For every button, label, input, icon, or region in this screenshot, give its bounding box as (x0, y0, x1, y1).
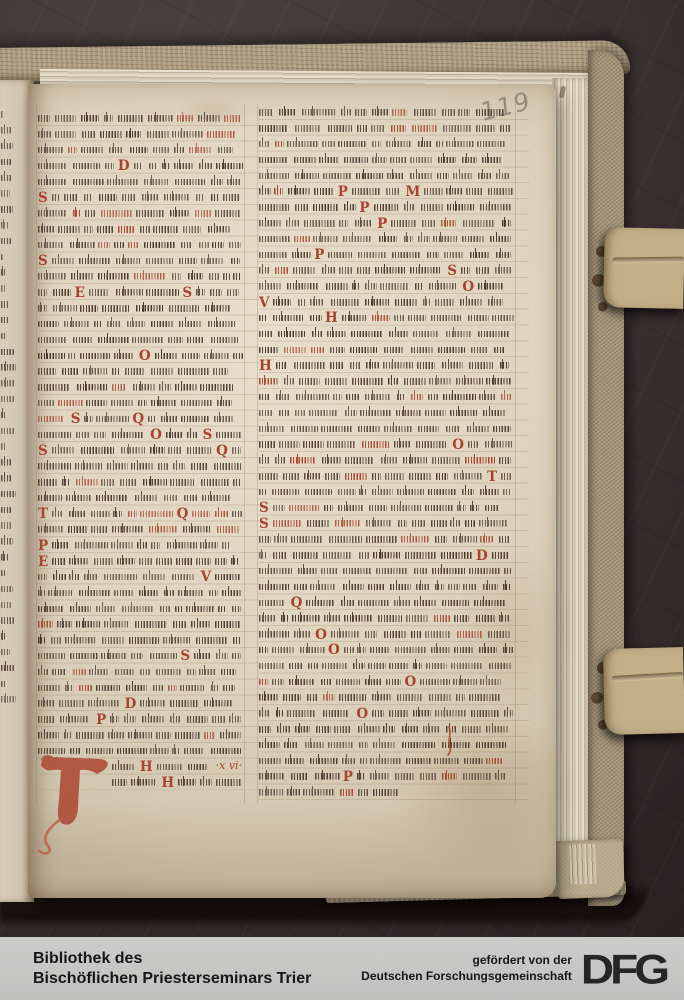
script-word (460, 296, 482, 306)
script-word (1, 456, 11, 466)
funding-credit: gefördert von der Deutschen Forschungsge… (361, 953, 572, 984)
script-word (84, 194, 92, 201)
script-word (1, 472, 12, 482)
manuscript-line (38, 331, 259, 347)
script-word (425, 410, 447, 417)
script-word (116, 286, 143, 296)
script-word (73, 207, 80, 217)
script-word (324, 505, 332, 512)
script-word (390, 580, 410, 590)
script-word (38, 368, 56, 375)
script-word (259, 679, 268, 686)
library-name: Bibliothek des Bischöflichen Priestersem… (0, 949, 361, 989)
script-word (344, 612, 372, 622)
script-word (502, 217, 511, 227)
script-word (117, 748, 147, 755)
script-word (423, 296, 432, 306)
script-word (276, 362, 287, 369)
script-word (1, 206, 13, 213)
script-word (503, 489, 511, 496)
script-word (38, 384, 70, 391)
script-word (276, 707, 284, 717)
script-word (338, 489, 355, 496)
script-word (125, 368, 146, 375)
script-word (132, 337, 164, 344)
script-word (304, 220, 335, 227)
script-word (454, 615, 469, 622)
script-word (138, 400, 147, 407)
script-word (107, 460, 128, 470)
script-word (314, 188, 333, 195)
script-word (188, 270, 203, 280)
script-word (476, 125, 495, 132)
script-word (71, 270, 93, 280)
script-word (153, 147, 170, 154)
script-word (173, 460, 185, 470)
book-cover-right-edge (588, 50, 624, 906)
script-word (381, 454, 397, 464)
script-word (272, 647, 295, 654)
script-word (160, 606, 170, 613)
script-word (156, 732, 171, 739)
script-word (323, 173, 352, 180)
script-word (355, 217, 372, 227)
script-word (131, 776, 155, 786)
script-word (462, 726, 482, 733)
script-word (186, 602, 214, 612)
script-word (311, 347, 324, 354)
script-word (358, 789, 369, 796)
script-word (435, 707, 466, 717)
script-word (298, 299, 307, 306)
script-word (96, 685, 120, 692)
script-word (53, 289, 71, 296)
manuscript-line (259, 231, 529, 247)
script-word (283, 473, 299, 480)
script-word (122, 602, 154, 612)
script-word (169, 305, 200, 312)
script-word (499, 457, 511, 464)
script-word (483, 406, 505, 416)
script-word (287, 280, 320, 290)
script-word (222, 542, 230, 549)
script-word (462, 485, 474, 495)
script-word (148, 416, 155, 423)
manuscript-line (38, 142, 259, 158)
script-word (142, 191, 158, 201)
script-word (338, 141, 366, 148)
script-word (493, 426, 511, 433)
script-word (299, 378, 320, 385)
funding-credit-line2: Deutschen Forschungsgemeinschaft (361, 969, 572, 985)
script-word (52, 194, 60, 201)
manuscript-line (38, 379, 259, 395)
script-word (346, 394, 358, 401)
rubric-initial: Q (132, 414, 144, 424)
script-word (174, 159, 192, 169)
script-word (223, 685, 235, 692)
script-word (259, 315, 267, 322)
script-word (70, 602, 91, 612)
manuscript-line (259, 657, 529, 673)
script-word (384, 422, 413, 432)
manuscript-line (38, 584, 259, 600)
script-word (366, 359, 380, 369)
script-word (289, 505, 319, 512)
script-word (204, 732, 215, 739)
script-word (307, 520, 329, 527)
script-word (1, 428, 15, 435)
script-word (127, 317, 145, 327)
script-word (1, 491, 16, 498)
script-word (406, 758, 431, 765)
script-word (446, 137, 474, 147)
script-word (431, 315, 461, 322)
script-word (295, 204, 309, 211)
script-word (175, 732, 200, 739)
script-word (303, 786, 334, 796)
script-word (478, 331, 509, 338)
fragment-line (1, 470, 19, 486)
script-word (479, 517, 507, 527)
initial-letter-T (36, 752, 118, 869)
script-word (468, 315, 489, 322)
script-word (330, 347, 344, 354)
script-word (389, 710, 408, 717)
script-word (150, 744, 168, 754)
manuscript-line: S (259, 499, 529, 515)
script-word (412, 125, 437, 132)
script-word (273, 296, 291, 306)
script-word (38, 400, 54, 407)
script-word (476, 267, 489, 274)
script-word (342, 311, 367, 321)
script-word (394, 315, 405, 322)
rubric-initial: P (359, 203, 369, 213)
script-word (1, 602, 11, 609)
script-word (53, 570, 66, 580)
script-word (483, 580, 498, 590)
script-word (58, 226, 81, 233)
script-word (416, 441, 446, 448)
script-word (325, 473, 340, 480)
script-word (91, 511, 109, 518)
rubric-initial: Q (216, 446, 228, 456)
script-word (372, 153, 387, 163)
script-word (504, 568, 511, 575)
fragment-line (1, 486, 19, 502)
script-word (82, 131, 96, 138)
script-word (492, 552, 509, 559)
script-word (422, 220, 435, 227)
script-word (151, 542, 160, 549)
script-word (469, 694, 501, 701)
photograph-backdrop: 119 DSSESOSQOSSQTQPEVSDPH·x vi·H PMPPPSO… (0, 0, 684, 1000)
script-word (216, 432, 242, 439)
script-word (259, 580, 289, 590)
script-word (104, 112, 113, 122)
script-word (191, 463, 208, 470)
script-word (38, 238, 64, 248)
fragment-line (1, 628, 19, 644)
fragment-line (1, 233, 19, 249)
script-word (446, 426, 460, 433)
script-word (259, 217, 282, 227)
script-word (181, 416, 209, 423)
script-word (480, 533, 493, 543)
script-word (322, 141, 334, 148)
script-word (293, 267, 315, 274)
script-word (259, 454, 269, 464)
script-word (38, 349, 65, 359)
manuscript-line: E (38, 553, 259, 569)
script-word (1, 617, 14, 624)
rubric-initial: Q (291, 598, 303, 608)
script-word (222, 586, 240, 596)
script-word (112, 428, 144, 438)
script-word (179, 258, 197, 265)
dfg-logo: DFG (581, 948, 670, 989)
manuscript-line (38, 173, 259, 189)
script-word (139, 586, 158, 596)
script-word (274, 185, 282, 195)
script-word (259, 786, 283, 796)
manuscript-line: OS (38, 426, 259, 442)
script-word (1, 238, 11, 245)
script-word (294, 362, 325, 369)
script-word (129, 637, 160, 644)
script-word (124, 713, 136, 723)
script-word (323, 552, 352, 559)
manuscript-line: O (38, 347, 259, 363)
script-word (77, 381, 108, 391)
script-word (372, 311, 391, 321)
script-word (111, 539, 133, 549)
script-word (188, 764, 207, 771)
script-word (62, 476, 70, 486)
script-word (153, 685, 163, 692)
script-word (414, 109, 437, 116)
script-word (60, 713, 90, 723)
script-word (334, 726, 351, 733)
script-word (38, 653, 65, 660)
script-word (259, 410, 273, 417)
script-word (275, 454, 286, 464)
script-word (38, 602, 64, 612)
rubric-initial: P (338, 187, 348, 197)
manuscript-line: D (38, 695, 259, 711)
script-word (295, 169, 319, 179)
script-word (149, 523, 177, 533)
script-word (322, 264, 336, 274)
script-word (479, 390, 495, 400)
script-word (428, 489, 457, 496)
script-word (321, 568, 337, 575)
script-word (278, 327, 305, 337)
script-word (69, 507, 85, 517)
fragment-line (1, 517, 19, 533)
script-word (396, 406, 422, 416)
script-word (331, 299, 360, 306)
script-word (411, 347, 434, 354)
fragment-line (1, 264, 19, 280)
manuscript-line (38, 632, 259, 648)
script-word (488, 631, 510, 638)
script-word (189, 143, 211, 153)
script-word (73, 179, 105, 186)
fragment-line (1, 359, 19, 375)
manuscript-line (259, 721, 529, 737)
rubric-initial: H (140, 762, 153, 772)
script-word (1, 377, 14, 387)
script-word (386, 188, 398, 195)
script-word (170, 207, 190, 217)
script-word (1, 219, 8, 229)
script-word (156, 669, 182, 676)
rubric-initial: P (377, 219, 387, 229)
script-word (131, 653, 143, 660)
script-word (65, 634, 94, 644)
rubric-initial: S (259, 503, 269, 513)
manuscript-line: H·x vi· (112, 758, 259, 774)
script-word (394, 438, 410, 448)
script-word (259, 109, 273, 116)
script-word (175, 381, 198, 391)
script-word (140, 669, 150, 676)
script-word (372, 710, 384, 717)
script-word (38, 143, 63, 153)
script-word (120, 479, 137, 486)
script-word (89, 289, 109, 296)
script-word (359, 552, 369, 559)
script-word (410, 157, 432, 164)
script-word (204, 697, 232, 707)
script-word (462, 153, 478, 163)
script-word (170, 700, 199, 707)
script-word (447, 201, 474, 211)
script-word (296, 390, 329, 400)
script-word (128, 242, 139, 249)
script-word (259, 125, 288, 132)
script-word (341, 596, 355, 606)
script-word (38, 716, 55, 723)
script-word (55, 131, 76, 138)
script-word (339, 220, 348, 227)
script-word (360, 406, 391, 416)
script-word (359, 742, 367, 749)
script-word (166, 428, 182, 438)
script-word (418, 137, 432, 147)
script-word (232, 653, 240, 660)
script-word (376, 568, 408, 575)
script-word (461, 267, 470, 274)
manuscript-line: ES (38, 284, 259, 300)
script-word (388, 375, 398, 385)
script-word (170, 713, 180, 723)
script-word (478, 280, 503, 290)
leather-strap-bottom (603, 647, 684, 735)
script-word (470, 501, 479, 511)
rubric-initial: S (71, 414, 81, 424)
script-word (259, 628, 289, 638)
script-word (223, 194, 239, 201)
script-word (450, 406, 477, 416)
script-word (146, 258, 173, 265)
manuscript-line (38, 316, 259, 332)
script-word (38, 697, 55, 707)
cover-nail-spot (598, 302, 608, 312)
script-word (198, 112, 220, 122)
script-word (259, 549, 266, 559)
fragment-line (1, 675, 19, 691)
fragment-line (1, 454, 19, 470)
script-word (357, 643, 367, 653)
script-word (360, 758, 367, 765)
script-word (425, 631, 451, 638)
script-word (38, 302, 47, 312)
script-word (342, 754, 355, 764)
fragment-line (1, 375, 19, 391)
fragment-line (1, 533, 19, 549)
script-word (446, 327, 471, 337)
script-word (479, 643, 497, 653)
script-word (108, 729, 124, 739)
manuscript-line (259, 373, 529, 389)
fragment-line (1, 549, 19, 565)
script-word (357, 770, 365, 780)
script-word (121, 444, 145, 454)
rubric-initial: D (118, 161, 130, 171)
script-word (433, 232, 457, 242)
rubric-initial: O (462, 282, 474, 292)
script-word (208, 223, 230, 233)
fragment-line (1, 565, 19, 581)
strap-crease (612, 256, 684, 263)
fragment-line (1, 580, 19, 596)
script-word (187, 669, 196, 676)
script-word (389, 663, 408, 670)
script-word (259, 347, 278, 354)
rubric-initial: E (38, 557, 48, 567)
script-word (438, 153, 457, 163)
manuscript-line (259, 341, 529, 357)
script-word (391, 220, 416, 227)
script-word (216, 779, 241, 786)
script-word (1, 443, 6, 450)
script-word (343, 232, 372, 242)
script-word (467, 422, 489, 432)
script-word (273, 520, 301, 527)
script-word (466, 188, 484, 195)
rubric-initial: Q (177, 509, 189, 519)
script-word (218, 606, 225, 613)
script-word (383, 359, 413, 369)
script-word (373, 549, 400, 559)
script-word (84, 226, 93, 233)
script-word (1, 522, 11, 529)
script-word (448, 584, 460, 591)
script-word (178, 368, 210, 375)
script-word (217, 526, 241, 533)
script-word (284, 347, 306, 354)
manuscript-line: P (38, 537, 259, 553)
script-word (104, 618, 128, 628)
manuscript-line: O (259, 705, 529, 721)
script-word (463, 584, 477, 591)
script-word (463, 220, 495, 227)
script-word (212, 716, 224, 723)
script-word (118, 226, 134, 233)
